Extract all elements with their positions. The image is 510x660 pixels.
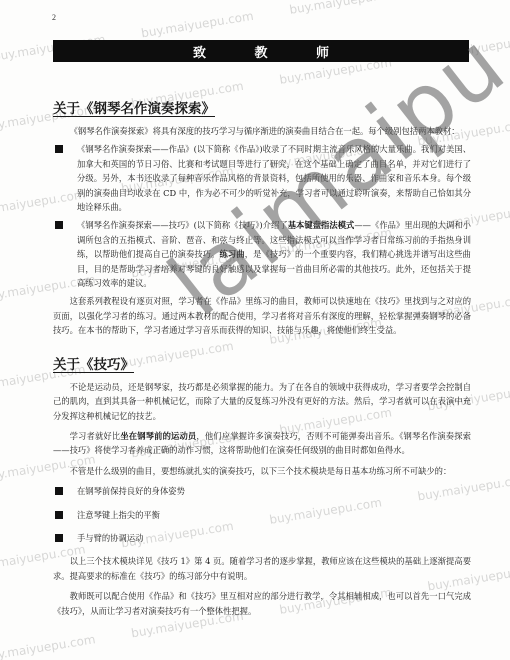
- bullet-item-technique: 《钢琴名作演奏探索——技巧》(以下简称《技巧》)介绍了基本键盘指法模式——《作品…: [53, 218, 471, 290]
- square-bullet-icon: [55, 221, 63, 229]
- bullet-text: 《钢琴名作演奏探索——技巧》(以下简称《技巧》)介绍了: [77, 220, 288, 230]
- bold-term: 坐在钢琴前的运动员: [120, 431, 196, 441]
- square-bullet-icon: [55, 511, 63, 519]
- module-item: 在钢琴前保持良好的身体姿势: [53, 484, 471, 498]
- module-item: 手与臂的协调运动: [53, 531, 471, 545]
- module-item: 注意琴键上指尖的平衡: [53, 508, 471, 522]
- bold-term: 基本键盘指法模式: [288, 220, 355, 230]
- square-bullet-icon: [55, 534, 63, 542]
- technique-paragraph-3: 不管是什么级别的曲目，要想练就扎实的演奏技巧，以下三个技术模块是每日基本功练习所…: [53, 464, 471, 478]
- page-title: 致 教 师: [171, 42, 351, 61]
- bullet-text: 《钢琴名作演奏探索——作品》(以下简称《作品》)收录了不同时期主流音乐风格的大量…: [77, 144, 471, 212]
- bold-term: 练习曲: [220, 249, 245, 259]
- technique-paragraph-1: 不论是运动员，还是钢琴家，技巧都是必须掌握的能力。为了在各自的领域中获得成功，学…: [53, 380, 471, 423]
- technique-paragraph-2: 学习者就好比坐在钢琴前的运动员，他们应掌握许多演奏技巧，否则不可能弹奏出音乐。《…: [53, 429, 471, 458]
- section-heading-about-series: 关于《钢琴名作演奏探索》: [53, 100, 471, 118]
- bullet-item-works: 《钢琴名作演奏探索——作品》(以下简称《作品》)收录了不同时期主流音乐风格的大量…: [53, 142, 471, 214]
- document-body: 关于《钢琴名作演奏探索》 《钢琴名作演奏探索》将具有深度的技巧学习与循序渐进的演…: [53, 100, 471, 618]
- square-bullet-icon: [55, 145, 63, 153]
- page-number: 2: [52, 13, 56, 22]
- series-closing-paragraph: 这套系列教程设有逐页对照，学习者在《作品》里练习的曲目，教师可以快速地在《技巧》…: [53, 294, 471, 337]
- technique-paragraph-5: 教师既可以配合使用《作品》和《技巧》里互相对应的部分进行教学，令其相辅相成，也可…: [53, 589, 471, 618]
- document-page: buy.maiyuepu.combuy.maiyuepu.combuy.maiy…: [0, 0, 510, 660]
- technique-paragraph-4: 以上三个技术模块详见《技巧 1》第 4 页。随着学习者的逐步掌握，教师应该在这些…: [53, 554, 471, 583]
- series-intro-paragraph: 《钢琴名作演奏探索》将具有深度的技巧学习与循序渐进的演奏曲目结合在一起。每个级别…: [53, 124, 471, 138]
- page-title-bar: 致 教 师: [53, 40, 469, 62]
- square-bullet-icon: [55, 487, 63, 495]
- section-heading-about-technique: 关于《技巧》: [53, 356, 471, 374]
- technique-modules-list: 在钢琴前保持良好的身体姿势 注意琴键上指尖的平衡 手与臂的协调运动: [53, 484, 471, 545]
